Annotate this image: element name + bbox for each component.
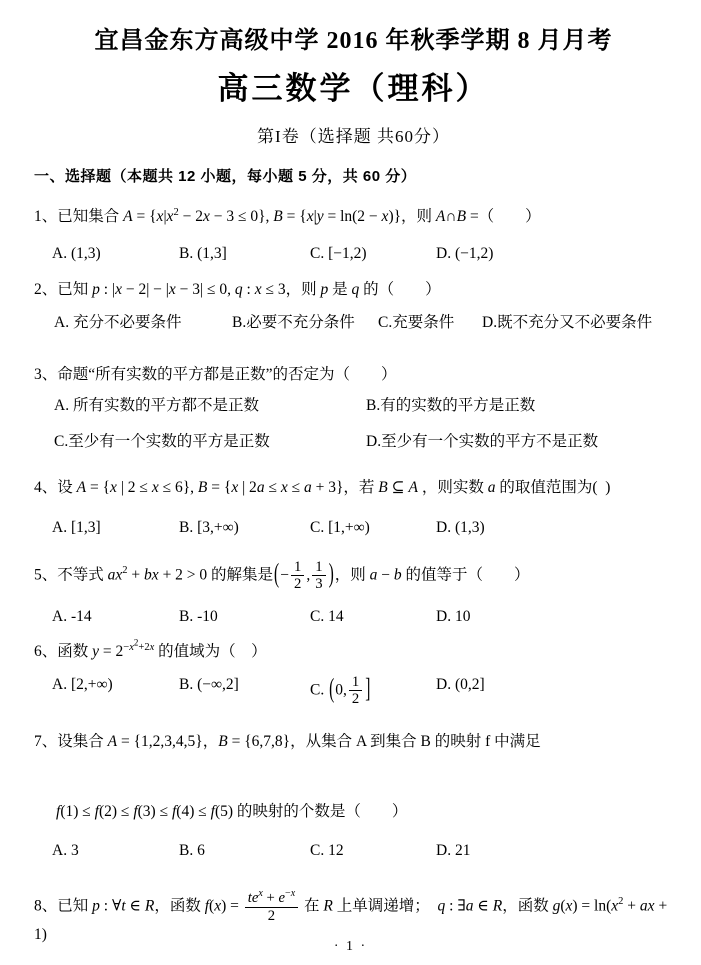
question-8-stem: 8、已知 p : ∀t ∈ R，函数 f(x) = tex + e−x2 在 R… <box>34 890 673 946</box>
question-2-options: A. 充分不必要条件 B.必要不充分条件 C.充要条件 D.既不充分又不必要条件 <box>34 312 673 334</box>
option-a: A. [1,3] <box>52 517 179 539</box>
exam-page: 宜昌金东方高级中学 2016 年秋季学期 8 月月考 高三数学（理科） 第I卷（… <box>0 0 701 965</box>
question-4-options: A. [1,3] B. [3,+∞) C. [1,+∞) D. (1,3) <box>34 517 673 539</box>
school-title: 宜昌金东方高级中学 2016 年秋季学期 8 月月考 <box>34 20 673 55</box>
option-a: A. 充分不必要条件 <box>54 312 232 334</box>
question-3-stem: 3、命题“所有实数的平方都是正数”的否定为（ ） <box>34 364 673 386</box>
question-1-options: A. (1,3) B. (1,3] C. [−1,2) D. (−1,2) <box>34 243 673 265</box>
part-title: 第I卷（选择题 共60分） <box>34 122 673 147</box>
option-c: C. [1,+∞) <box>310 517 436 539</box>
question-7-stem-line2: f(1) ≤ f(2) ≤ f(3) ≤ f(4) ≤ f(5) 的映射的个数是… <box>34 801 673 823</box>
option-a: A. [2,+∞) <box>52 674 179 707</box>
subject-title: 高三数学（理科） <box>34 63 673 108</box>
question-1-stem: 1、已知集合 A = {x|x2 − 2x − 3 ≤ 0}, B = {x|y… <box>34 206 673 228</box>
section-heading: 一、选择题（本题共 12 小题，每小题 5 分，共 60 分） <box>34 165 673 186</box>
question-7-stem: 7、设集合 A = {1,2,3,4,5}，B = {6,7,8}，从集合 A … <box>34 731 673 753</box>
option-d: D. (−1,2) <box>436 243 673 265</box>
question-6: 6、函数 y = 2−x2+2x 的值域为（ ） A. [2,+∞) B. (−… <box>34 641 673 707</box>
option-d: D. 10 <box>436 606 673 628</box>
option-d: D. (1,3) <box>436 517 673 539</box>
question-5-stem: 5、不等式 ax2 + bx + 2 > 0 的解集是(−12,13)，则 a … <box>34 559 673 592</box>
option-c: C. 14 <box>310 606 436 628</box>
option-a: A. 3 <box>52 840 179 862</box>
option-a: A. (1,3) <box>52 243 179 265</box>
question-3: 3、命题“所有实数的平方都是正数”的否定为（ ） A. 所有实数的平方都不是正数… <box>34 364 673 453</box>
question-7-options: A. 3 B. 6 C. 12 D. 21 <box>34 840 673 862</box>
option-b: B. (−∞,2] <box>179 674 310 707</box>
question-5: 5、不等式 ax2 + bx + 2 > 0 的解集是(−12,13)，则 a … <box>34 559 673 628</box>
question-4: 4、设 A = {x | 2 ≤ x ≤ 6}, B = {x | 2a ≤ x… <box>34 477 673 539</box>
option-b: B.有的实数的平方是正数 <box>366 395 673 417</box>
option-c: C. (0,12] <box>310 674 436 707</box>
page-number: · 1 · <box>0 939 701 955</box>
question-6-options: A. [2,+∞) B. (−∞,2] C. (0,12] D. (0,2] <box>34 674 673 707</box>
option-c: C. 12 <box>310 840 436 862</box>
option-d: D.既不充分又不必要条件 <box>482 312 673 334</box>
question-2-stem: 2、已知 p : |x − 2| − |x − 3| ≤ 0, q : x ≤ … <box>34 279 673 301</box>
option-b: B. (1,3] <box>179 243 310 265</box>
question-8: 8、已知 p : ∀t ∈ R，函数 f(x) = tex + e−x2 在 R… <box>34 890 673 946</box>
option-c: C.至少有一个实数的平方是正数 <box>54 431 366 453</box>
question-6-stem: 6、函数 y = 2−x2+2x 的值域为（ ） <box>34 641 673 663</box>
question-4-stem: 4、设 A = {x | 2 ≤ x ≤ 6}, B = {x | 2a ≤ x… <box>34 477 673 499</box>
option-b: B. [3,+∞) <box>179 517 310 539</box>
option-d: D. (0,2] <box>436 674 673 707</box>
option-b: B. 6 <box>179 840 310 862</box>
option-a: A. 所有实数的平方都不是正数 <box>54 395 366 417</box>
question-3-options: A. 所有实数的平方都不是正数 B.有的实数的平方是正数 C.至少有一个实数的平… <box>34 395 673 453</box>
question-1: 1、已知集合 A = {x|x2 − 2x − 3 ≤ 0}, B = {x|y… <box>34 206 673 266</box>
option-c: C. [−1,2) <box>310 243 436 265</box>
option-c: C.充要条件 <box>378 312 482 334</box>
option-d: D.至少有一个实数的平方不是正数 <box>366 431 673 453</box>
option-d: D. 21 <box>436 840 673 862</box>
question-7: 7、设集合 A = {1,2,3,4,5}，B = {6,7,8}，从集合 A … <box>34 731 673 862</box>
question-5-options: A. -14 B. -10 C. 14 D. 10 <box>34 606 673 628</box>
option-a: A. -14 <box>52 606 179 628</box>
option-b: B.必要不充分条件 <box>232 312 378 334</box>
question-2: 2、已知 p : |x − 2| − |x − 3| ≤ 0, q : x ≤ … <box>34 279 673 335</box>
option-b: B. -10 <box>179 606 310 628</box>
